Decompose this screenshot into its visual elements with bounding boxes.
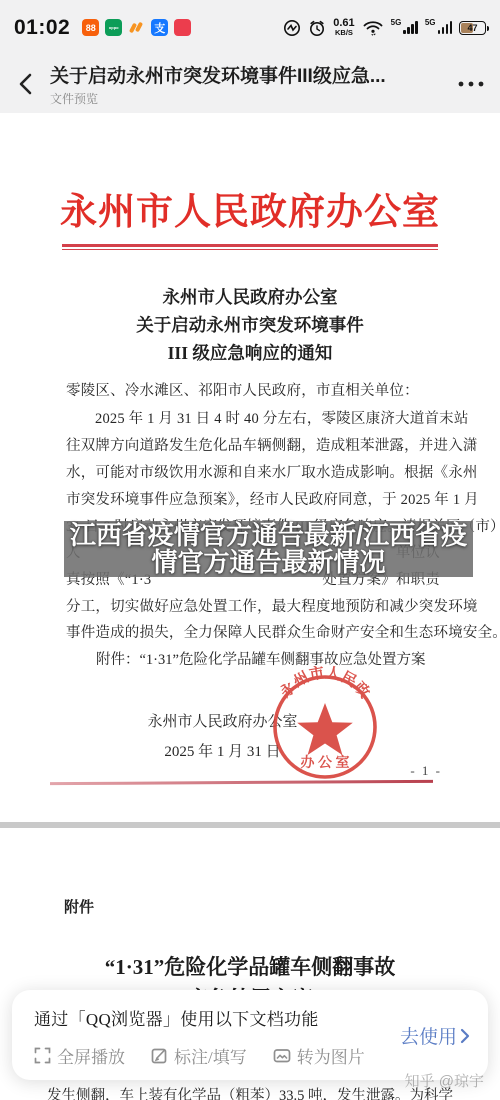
back-icon[interactable] — [14, 71, 40, 97]
page-divider — [0, 822, 500, 828]
doc-salutation: 零陵区、冷水滩区、祁阳市人民政府，市直相关单位： — [66, 381, 440, 401]
feature-to-image[interactable]: 转为图片 — [273, 1043, 365, 1068]
go-use-button[interactable]: 去使用 — [400, 1022, 470, 1049]
alarm-icon — [308, 19, 326, 37]
chevron-right-icon — [460, 1028, 470, 1044]
sim1-signal: 5G — [391, 21, 418, 34]
orange-slash-app-icon — [128, 19, 145, 36]
image-icon — [273, 1047, 291, 1064]
doc-body-line: 市突发环境事件应急预案》，经市人民政府同意，于 2025 年 1 月 — [66, 490, 440, 510]
qq-browser-promo-sheet: 通过「QQ浏览器」使用以下文档功能 全屏播放 标注/填写 — [12, 990, 488, 1080]
status-bar: 01:02 88 oppo 支 0.61 KB/S 5G — [0, 0, 500, 55]
doc-body-line: 2025 年 1 月 31 日 4 时 40 分左右，零陵区康济大道首末站 — [66, 409, 440, 429]
fullscreen-icon — [34, 1047, 51, 1064]
wifi-icon — [362, 19, 384, 37]
alipay-app-icon: 支 — [151, 19, 168, 36]
preview-label: 文件预览 — [50, 90, 448, 107]
doc-main-title: 永州市人民政府办公室 关于启动永州市突发环境事件 III 级应急响应的通知 — [0, 283, 500, 367]
page-number: - 1 - — [410, 763, 442, 779]
battery-icon: 47 — [459, 21, 486, 35]
overlay-caption-line1: 江西省疫情官方通告最新/江西省疫 — [70, 522, 467, 549]
zhihu-watermark: 知乎 @琼宇 — [405, 1070, 484, 1091]
more-icon[interactable] — [456, 79, 486, 89]
government-seal: 永州市人民政 办 公 室 — [263, 665, 387, 789]
attachment-label: 附件 — [64, 896, 94, 917]
document-header: 关于启动永州市突发环境事件III级应急... 文件预览 — [0, 55, 500, 113]
letterhead-divider — [62, 244, 438, 250]
feature-fullscreen[interactable]: 全屏播放 — [34, 1043, 125, 1068]
sim2-signal: 5G — [425, 21, 452, 34]
annotate-icon — [151, 1047, 168, 1064]
feature-annotate[interactable]: 标注/填写 — [151, 1043, 247, 1068]
kuaishou-app-icon: 88 — [82, 19, 99, 36]
battery-percent: 47 — [467, 23, 477, 33]
doc-body-line: 往双牌方向道路发生危化品车辆侧翻，造成粗苯泄露，并进入潇 — [66, 436, 440, 456]
notification-app-icons: 88 oppo 支 — [82, 19, 191, 36]
red-app-icon — [174, 19, 191, 36]
document-title-block: 关于启动永州市突发环境事件III级应急... 文件预览 — [50, 61, 448, 107]
data-saver-icon — [283, 19, 301, 37]
document-title: 关于启动永州市突发环境事件III级应急... — [50, 61, 448, 88]
doc-body-line: 事件造成的损失，全力保障人民群众生命财产安全和生态环境安全。 — [66, 623, 440, 643]
document-viewer[interactable]: 永州市人民政府办公室 永州市人民政府办公室 关于启动永州市突发环境事件 III … — [0, 113, 500, 1100]
doc-body-line: 水，可能对市级饮用水源和自来水厂取水造成影响。根据《永州 — [66, 463, 440, 483]
overlay-caption-line2: 情官方通告最新情况 — [151, 549, 385, 576]
phone-screen: 01:02 88 oppo 支 0.61 KB/S 5G — [0, 0, 500, 1100]
oppo-app-icon: oppo — [105, 19, 122, 36]
clock-time: 01:02 — [14, 16, 70, 40]
svg-text:办 公 室: 办 公 室 — [301, 754, 350, 771]
doc-body-line: 分工，切实做好应急处置工作，最大程度地预防和减少突发环境 — [66, 597, 440, 617]
svg-text:永州市人民政: 永州市人民政 — [276, 665, 373, 701]
status-indicators: 0.61 KB/S 5G 5G 47 — [283, 18, 486, 37]
doc-letterhead: 永州市人民政府办公室 — [0, 181, 500, 235]
network-speed: 0.61 KB/S — [333, 18, 354, 37]
overlay-caption: 江西省疫情官方通告最新/江西省疫 情官方通告最新情况 — [64, 521, 473, 577]
